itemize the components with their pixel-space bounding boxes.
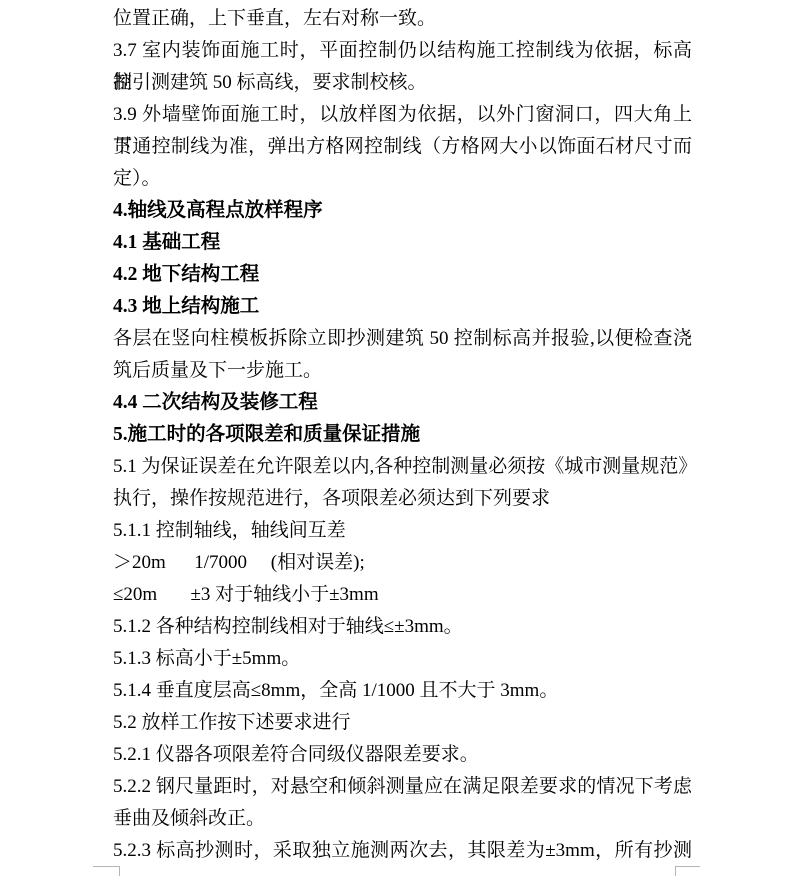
text-line: 5.2.1 仪器各项限差符合同级仪器限差要求。 [113, 739, 692, 771]
text-line: 4.4 二次结构及装修工程 [113, 387, 692, 419]
text-line: 4.轴线及高程点放样程序 [113, 195, 692, 227]
text-line: 5.1.1 控制轴线，轴线间互差 [113, 515, 692, 547]
page-corner-mark-left [93, 866, 120, 876]
text-line: ≤20m ±3 对于轴线小于±3mm [113, 579, 692, 611]
text-line: 垂曲及倾斜改正。 [113, 803, 692, 835]
text-line: 5.2.3 标高抄测时，采取独立施测两次去，其限差为±3mm，所有抄测 [113, 835, 692, 867]
text-line: 贯通控制线为准，弹出方格网控制线（方格网大小以饰面石材尺寸而 [113, 131, 692, 163]
text-line: 定）。 [113, 163, 692, 195]
text-line: 各层在竖向柱模板拆除立即抄测建筑 50 控制标高并报验,以便检查浇 [113, 323, 692, 355]
text-line: 执行，操作按规范进行，各项限差必须达到下列要求 [113, 483, 692, 515]
text-line: 5.1.2 各种结构控制线相对于轴线≤±3mm。 [113, 611, 692, 643]
text-line: 制引测建筑 50 标高线，要求制校核。 [113, 67, 692, 99]
text-line: 4.2 地下结构工程 [113, 259, 692, 291]
text-line: 筑后质量及下一步施工。 [113, 355, 692, 387]
document-text-area[interactable]: 位置正确，上下垂直，左右对称一致。3.7 室内装饰面施工时，平面控制仍以结构施工… [113, 3, 692, 867]
text-line: 5.2 放样工作按下述要求进行 [113, 707, 692, 739]
text-line: 5.2.2 钢尺量距时，对悬空和倾斜测量应在满足限差要求的情况下考虑 [113, 771, 692, 803]
text-line: 4.1 基础工程 [113, 227, 692, 259]
text-line: 5.1 为保证误差在允许限差以内,各种控制测量必须按《城市测量规范》 [113, 451, 692, 483]
page-corner-mark-right [675, 866, 700, 876]
document-page[interactable]: 位置正确，上下垂直，左右对称一致。3.7 室内装饰面施工时，平面控制仍以结构施工… [0, 0, 793, 876]
text-line: 3.9 外墙壁饰面施工时，以放样图为依据，以外门窗洞口，四大角上下 [113, 99, 692, 131]
text-line: 5.施工时的各项限差和质量保证措施 [113, 419, 692, 451]
text-line: 3.7 室内装饰面施工时，平面控制仍以结构施工控制线为依据，标高控 [113, 35, 692, 67]
text-line: 5.1.4 垂直度层高≤8mm，全高 1/1000 且不大于 3mm。 [113, 675, 692, 707]
text-line: ＞20m 1/7000 (相对误差); [113, 547, 692, 579]
text-line: 4.3 地上结构施工 [113, 291, 692, 323]
text-line: 位置正确，上下垂直，左右对称一致。 [113, 3, 692, 35]
text-line: 5.1.3 标高小于±5mm。 [113, 643, 692, 675]
